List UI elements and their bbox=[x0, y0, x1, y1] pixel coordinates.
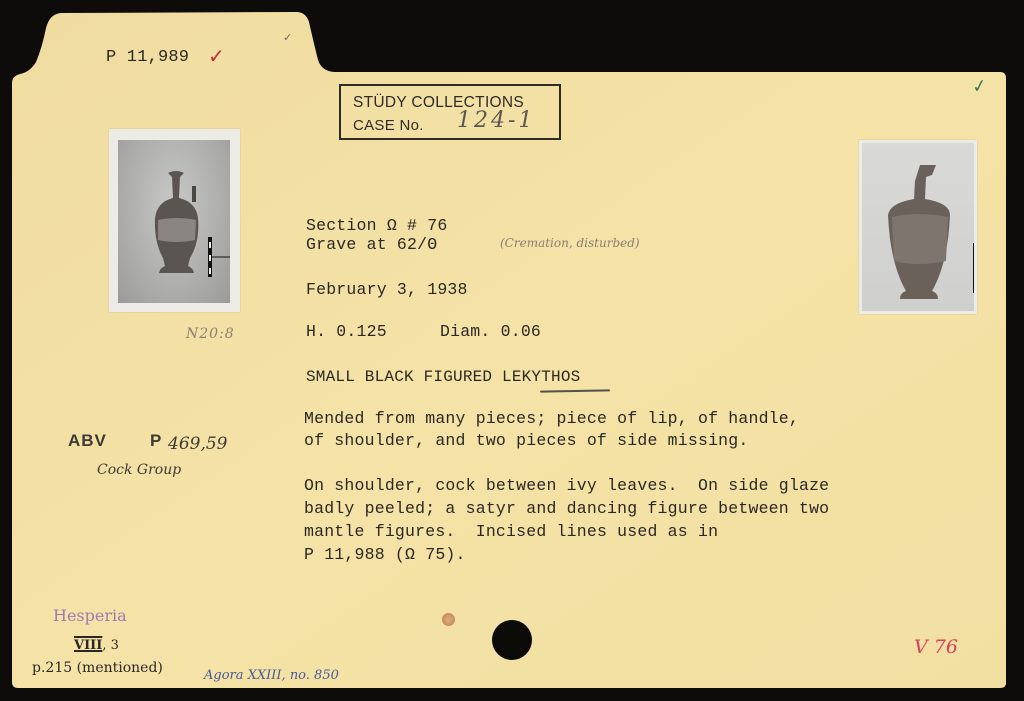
abv-page-prefix: P bbox=[150, 431, 161, 451]
description-line-1: On shoulder, cock between ivy leaves. On… bbox=[304, 476, 829, 495]
inventory-number: P 11,989 bbox=[106, 48, 189, 67]
grave-note: (Cremation, disturbed) bbox=[500, 236, 640, 250]
date: February 3, 1938 bbox=[306, 280, 468, 299]
object-title-type: LEKYTHOS bbox=[502, 368, 580, 386]
section-line: Section Ω # 76 bbox=[306, 216, 447, 235]
abv-page: 469,59 bbox=[168, 434, 227, 454]
case-number: 124-1 bbox=[457, 108, 535, 133]
painter-group: Cock Group bbox=[97, 462, 181, 478]
punch-hole bbox=[492, 620, 532, 660]
condition-line-2: of shoulder, and two pieces of side miss… bbox=[304, 431, 748, 450]
study-collections-stamp: STÜDY COLLECTIONS CASE No. 124-1 bbox=[339, 84, 561, 140]
page-reference: p.215 (mentioned) bbox=[32, 660, 163, 676]
condition-line-1: Mended from many pieces; piece of lip, o… bbox=[304, 409, 799, 428]
pencil-check-icon: ✓ bbox=[283, 31, 292, 44]
height-value: H. 0.125 bbox=[306, 322, 387, 341]
lekythos-front-image bbox=[118, 140, 230, 303]
volume: VIII bbox=[74, 638, 102, 653]
description-line-4: P 11,988 (Ω 75). bbox=[304, 545, 466, 564]
red-check-icon: ✓ bbox=[208, 44, 225, 68]
stamp-case-label: CASE No. bbox=[353, 117, 424, 134]
abv-label: ABV bbox=[68, 431, 107, 451]
object-title: SMALL BLACK FIGURED LEKYTHOS bbox=[306, 368, 580, 386]
agora-reference: Agora XXIII, no. 850 bbox=[204, 668, 339, 683]
diameter-value: Diam. 0.06 bbox=[440, 322, 541, 341]
catalog-card: P 11,989 ✓ ✓ ✓ STÜDY COLLECTIONS CASE No… bbox=[0, 0, 1024, 701]
issue: , 3 bbox=[102, 638, 119, 653]
grave-line: Grave at 62/Θ bbox=[306, 235, 437, 254]
description-line-2: badly peeled; a satyr and dancing figure… bbox=[304, 499, 829, 518]
grid-reference: N20:8 bbox=[186, 326, 235, 342]
lekythos-side-image bbox=[862, 143, 974, 311]
description-line-3: mantle figures. Incised lines used as in bbox=[304, 522, 718, 541]
journal-stamp: Hesperia bbox=[53, 606, 127, 625]
stain-mark bbox=[442, 613, 455, 626]
corner-note: V 76 bbox=[914, 636, 958, 658]
photo-left bbox=[109, 129, 240, 312]
volume-issue: VIII, 3 bbox=[74, 638, 119, 653]
object-title-prefix: SMALL BLACK FIGURED bbox=[306, 368, 502, 386]
photo-right bbox=[859, 140, 977, 314]
